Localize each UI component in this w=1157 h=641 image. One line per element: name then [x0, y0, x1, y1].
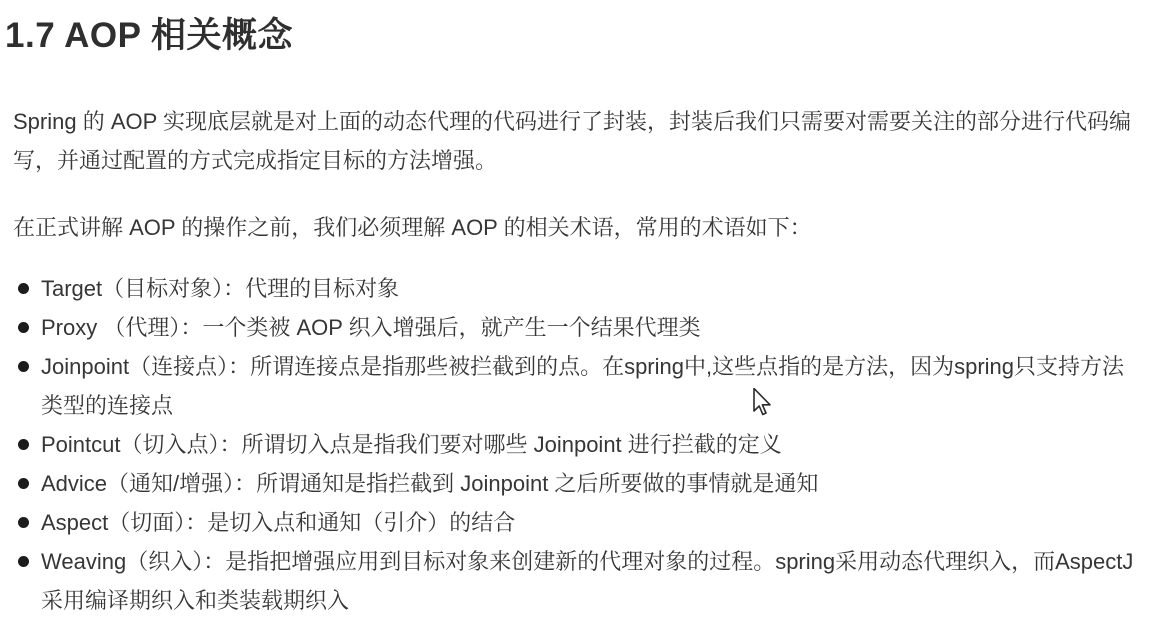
terms-intro-paragraph: 在正式讲解 AOP 的操作之前，我们必须理解 AOP 的相关术语，常用的术语如下… — [13, 208, 1135, 247]
term-text: Target（目标对象）：代理的目标对象 — [41, 276, 399, 301]
term-text: Proxy （代理）：一个类被 AOP 织入增强后，就产生一个结果代理类 — [41, 315, 701, 340]
term-text: Weaving（织入）：是指把增强应用到目标对象来创建新的代理对象的过程。spr… — [41, 549, 1133, 613]
term-text: Aspect（切面）：是切入点和通知（引介）的结合 — [41, 510, 515, 535]
bullet-icon — [18, 439, 29, 450]
term-item-joinpoint: Joinpoint（连接点）：所谓连接点是指那些被拦截到的点。在spring中,… — [13, 347, 1135, 425]
document-page: 1.7 AOP 相关概念 Spring 的 AOP 实现底层就是对上面的动态代理… — [0, 0, 1157, 620]
term-item-advice: Advice（通知/增强）：所谓通知是指拦截到 Joinpoint 之后所要做的… — [13, 464, 1135, 503]
page-title: 1.7 AOP 相关概念 — [5, 14, 1141, 58]
term-item-target: Target（目标对象）：代理的目标对象 — [13, 269, 1135, 308]
mouse-cursor-icon — [753, 388, 775, 418]
bullet-icon — [18, 556, 29, 567]
term-text: Advice（通知/增强）：所谓通知是指拦截到 Joinpoint 之后所要做的… — [41, 471, 818, 496]
term-item-weaving: Weaving（织入）：是指把增强应用到目标对象来创建新的代理对象的过程。spr… — [13, 542, 1135, 620]
term-item-proxy: Proxy （代理）：一个类被 AOP 织入增强后，就产生一个结果代理类 — [13, 308, 1135, 347]
terms-list: Target（目标对象）：代理的目标对象 Proxy （代理）：一个类被 AOP… — [13, 269, 1135, 620]
bullet-icon — [18, 478, 29, 489]
bullet-icon — [18, 517, 29, 528]
term-item-aspect: Aspect（切面）：是切入点和通知（引介）的结合 — [13, 503, 1135, 542]
bullet-icon — [18, 322, 29, 333]
term-text: Joinpoint（连接点）：所谓连接点是指那些被拦截到的点。在spring中,… — [41, 354, 1124, 418]
term-item-pointcut: Pointcut（切入点）：所谓切入点是指我们要对哪些 Joinpoint 进行… — [13, 425, 1135, 464]
bullet-icon — [18, 283, 29, 294]
bullet-icon — [18, 361, 29, 372]
term-text: Pointcut（切入点）：所谓切入点是指我们要对哪些 Joinpoint 进行… — [41, 432, 782, 457]
intro-paragraph: Spring 的 AOP 实现底层就是对上面的动态代理的代码进行了封装，封装后我… — [13, 102, 1135, 180]
